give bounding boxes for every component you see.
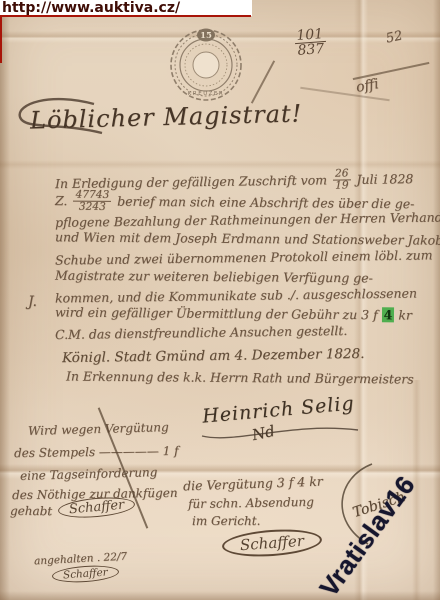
- attestation-line: In Erkennung des k.k. Herrn Rath und Bür…: [66, 368, 414, 386]
- margin-mark: J.: [28, 294, 37, 310]
- date-fraction-bottom: 19: [333, 180, 351, 191]
- left-note-line-5: gehabt: [10, 504, 52, 518]
- file-number-bottom: 3243: [73, 201, 111, 212]
- body-line-2-text: berief man sich eine Abschrift des über …: [117, 194, 414, 212]
- body-line-8: wird ein gefälliger Übermittlung der Geb…: [55, 304, 412, 322]
- embossed-revenue-stamp: 15 KREUZER: [166, 26, 246, 104]
- left-note-line-2: des Stempels ————— 1 f: [14, 444, 179, 460]
- docket-fraction: 101 837: [294, 27, 327, 58]
- red-frame-line-vertical: [0, 15, 2, 63]
- date-fraction: 2619: [333, 168, 351, 190]
- file-number-fraction: 477433243: [73, 190, 111, 213]
- seal-center-hole: [193, 52, 219, 78]
- auction-photo-old-letter: 15 KREUZER 101 837 52 offi Löblicher Mag…: [0, 0, 440, 600]
- auction-url-watermark: http://www.auktiva.cz/: [2, 0, 180, 16]
- docket-number: 101 837: [292, 27, 329, 58]
- body-line-8-unit: kr: [398, 307, 412, 322]
- center-note-line-3: im Gericht.: [192, 514, 260, 528]
- red-frame-line-horizontal: [0, 15, 251, 17]
- body-line-6: Magistrate zur weiteren beliebigen Verfü…: [55, 268, 373, 286]
- signature-flourish: [196, 414, 366, 444]
- docket-bottom: 837: [295, 42, 327, 58]
- green-highlighted-amount: 4: [382, 307, 395, 322]
- body-line-1-date: Juli 1828: [356, 171, 413, 187]
- seal-currency: KREUZER: [188, 91, 224, 97]
- body-line-8-text: wird ein gefälliger Übermittlung der Geb…: [55, 304, 378, 322]
- center-note-line-2: für schn. Absendung: [188, 495, 314, 511]
- auction-url-band: http://www.auktiva.cz/: [0, 0, 252, 16]
- seal-value: 15: [200, 31, 212, 41]
- file-number-label: Z.: [55, 193, 68, 208]
